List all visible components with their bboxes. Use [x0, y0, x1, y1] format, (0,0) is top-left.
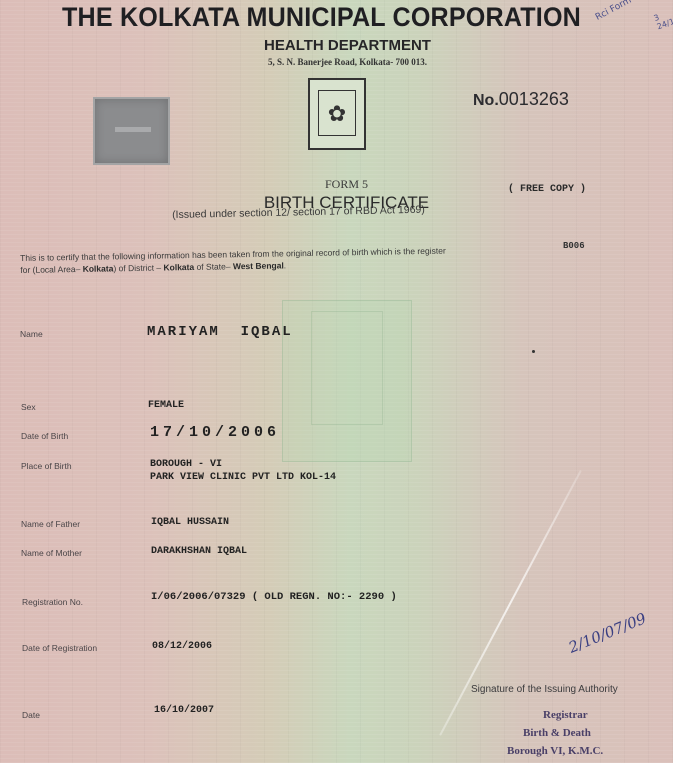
ink-dot [532, 350, 535, 353]
lamination-crease [439, 470, 582, 736]
hologram-seal [93, 97, 170, 165]
certify-text: . [284, 260, 287, 270]
dob-value: 17/10/2006 [150, 424, 280, 441]
certify-text: for (Local Area– [20, 264, 83, 275]
sex-value: FEMALE [148, 400, 184, 411]
registration-no-label: Registration No. [22, 597, 83, 607]
stamp-borough: Borough VI, K.M.C. [507, 745, 603, 757]
copy-type: ( FREE COPY ) [508, 184, 586, 195]
dob-label: Date of Birth [21, 431, 68, 441]
corporation-title: THE KOLKATA MUNICIPAL CORPORATION [62, 2, 581, 33]
watermark [282, 300, 412, 462]
address: 5, S. N. Banerjee Road, Kolkata- 700 013… [0, 57, 673, 67]
mother-value: DARAKHSHAN IQBAL [151, 546, 247, 557]
district: Kolkata [163, 262, 194, 273]
handwritten-note: Rci Form [594, 0, 633, 23]
name-label: Name [20, 329, 43, 339]
handwritten-note-date: 3 24/12 [653, 7, 673, 32]
department-title: HEALTH DEPARTMENT [0, 37, 673, 54]
serial-value: 0013263 [499, 89, 569, 109]
state: West Bengal [233, 260, 284, 271]
serial-number: No.0013263 [473, 89, 569, 110]
issue-date-value: 16/10/2007 [154, 705, 214, 716]
handwritten-signature: 2/10/07/09 [566, 609, 649, 656]
serial-prefix: No. [473, 92, 499, 109]
registration-date-value: 08/12/2006 [152, 641, 212, 652]
kmc-emblem-logo: ✿ [308, 78, 366, 150]
mother-label: Name of Mother [21, 548, 82, 558]
signature-label: Signature of the Issuing Authority [471, 684, 618, 695]
place-of-birth-label: Place of Birth [21, 461, 72, 471]
certify-statement: This is to certify that the following in… [20, 241, 670, 276]
father-value: IQBAL HUSSAIN [151, 517, 229, 528]
name-value: MARIYAM IQBAL [147, 324, 293, 340]
stamp-birth-death: Birth & Death [523, 727, 591, 739]
certify-text: ) of District – [113, 262, 163, 273]
certify-text: of State– [194, 261, 233, 272]
place-of-birth-line1: BOROUGH - VI [150, 459, 222, 470]
registration-date-label: Date of Registration [22, 643, 97, 653]
place-of-birth-line2: PARK VIEW CLINIC PVT LTD KOL-14 [150, 472, 336, 483]
sex-label: Sex [21, 402, 36, 412]
registration-no-value: I/06/2006/07329 ( OLD REGN. NO:- 2290 ) [151, 591, 397, 603]
local-area: Kolkata [83, 263, 114, 274]
emblem-icon: ✿ [328, 101, 346, 127]
father-label: Name of Father [21, 519, 80, 529]
issue-date-label: Date [22, 710, 40, 720]
stamp-registrar: Registrar [543, 709, 588, 721]
